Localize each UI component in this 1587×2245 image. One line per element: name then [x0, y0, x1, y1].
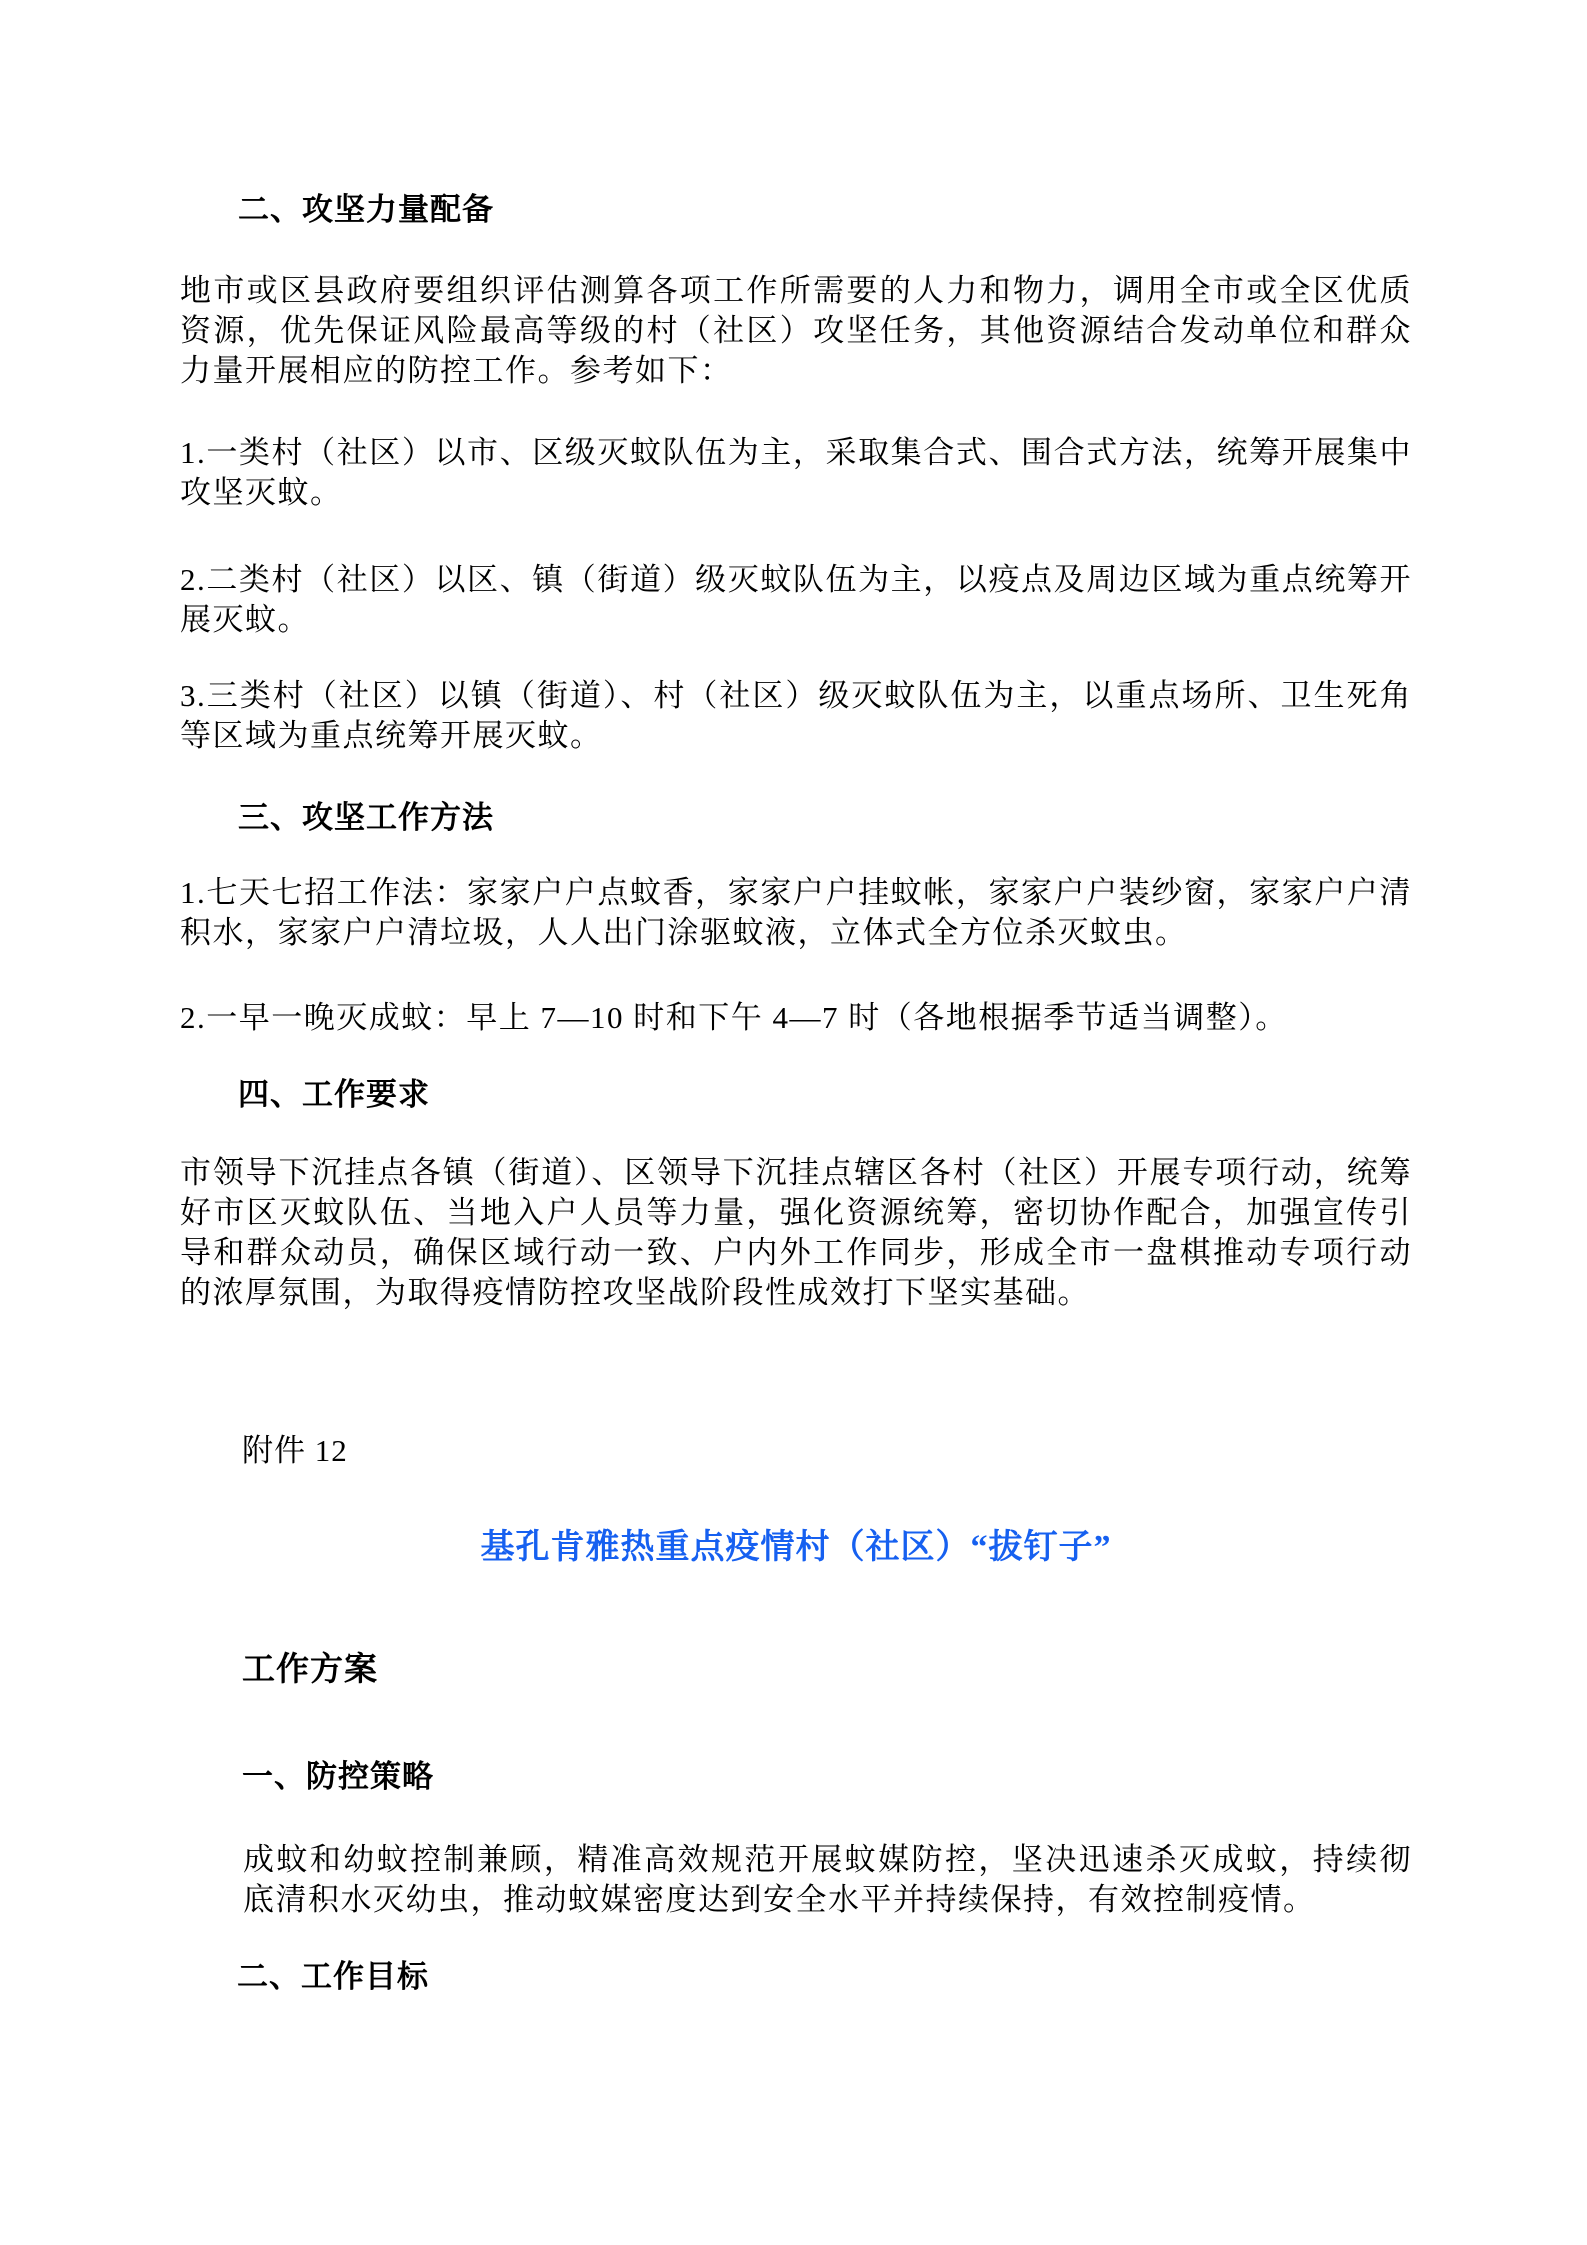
attachment-label: 附件 12 — [242, 1431, 348, 1471]
document-page: 二、攻坚力量配备 地市或区县政府要组织评估测算各项工作所需要的人力和物力，调用全… — [0, 0, 1587, 2245]
paragraph-prevention-strategy: 成蚊和幼蚊控制兼顾，精准高效规范开展蚊媒防控，坚决迅速杀灭成蚊，持续彻底清积水灭… — [243, 1840, 1412, 1920]
list-item-village-class3: 3.三类村（社区）以镇（街道）、村（社区）级灭蚊队伍为主，以重点场所、卫生死角等… — [180, 676, 1412, 756]
attachment-subtitle: 工作方案 — [242, 1650, 378, 1690]
section-heading-force-allocation: 二、攻坚力量配备 — [238, 193, 494, 227]
list-item-village-class2: 2.二类村（社区）以区、镇（街道）级灭蚊队伍为主，以疫点及周边区域为重点统筹开展… — [180, 560, 1412, 640]
paragraph-work-requirements: 市领导下沉挂点各镇（街道）、区领导下沉挂点辖区各村（社区）开展专项行动，统筹好市… — [180, 1153, 1412, 1313]
paragraph-force-allocation-intro: 地市或区县政府要组织评估测算各项工作所需要的人力和物力，调用全市或全区优质资源，… — [180, 271, 1412, 391]
list-item-morning-evening-method: 2.一早一晚灭成蚊：早上 7—10 时和下午 4—7 时（各地根据季节适当调整）… — [180, 998, 1412, 1038]
list-item-seven-days-method: 1.七天七招工作法：家家户户点蚊香，家家户户挂蚊帐，家家户户装纱窗，家家户户清积… — [180, 873, 1412, 953]
section-heading-work-methods: 三、攻坚工作方法 — [238, 801, 494, 835]
section-heading-work-goals: 二、工作目标 — [237, 1960, 429, 1994]
attachment-title: 基孔肯雅热重点疫情村（社区）“拔钉子” — [180, 1526, 1412, 1570]
list-item-village-class1: 1.一类村（社区）以市、区级灭蚊队伍为主，采取集合式、围合式方法，统筹开展集中攻… — [180, 433, 1412, 513]
section-heading-work-requirements: 四、工作要求 — [238, 1078, 430, 1112]
section-heading-prevention-strategy: 一、防控策略 — [242, 1760, 434, 1794]
